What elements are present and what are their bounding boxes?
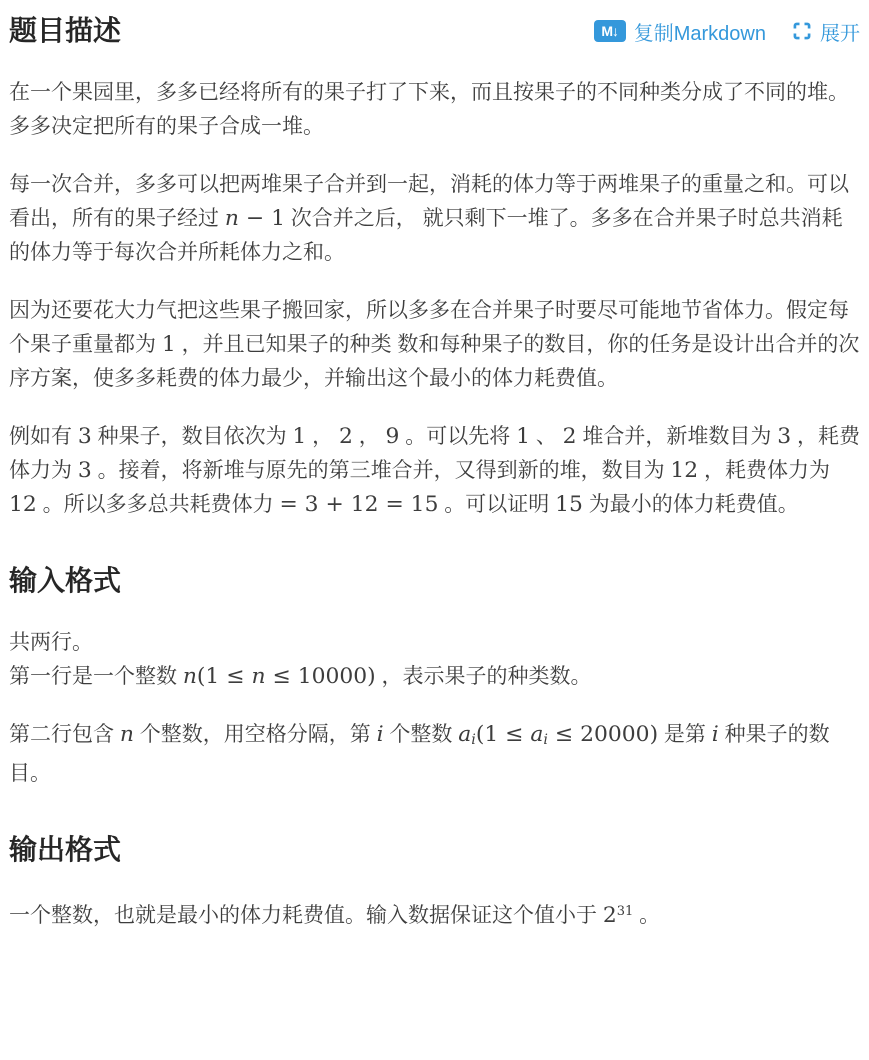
math-run: − 1 bbox=[239, 206, 285, 231]
text-run: 为最小的体力耗费值。 bbox=[583, 493, 799, 516]
math-run: 3 bbox=[78, 458, 92, 483]
paragraph: 在一个果园里，多多已经将所有的果子打了下来，而且按果子的不同种类分成了不同的堆。… bbox=[9, 76, 860, 144]
text-run: 一个整数，也就是最小的体力耗费值。输入数据保证这个值小于 bbox=[9, 904, 603, 927]
math-run: (1 ≤ bbox=[476, 722, 531, 747]
expand-button[interactable]: 展开 bbox=[792, 17, 860, 46]
math-run: i bbox=[377, 722, 384, 747]
math-run: 2 bbox=[339, 424, 353, 449]
paragraph: 每一次合并，多多可以把两堆果子合并到一起，消耗的体力等于两堆果子的重量之和。可以… bbox=[9, 168, 860, 270]
text-run: 个整数，用空格分隔，第 bbox=[134, 723, 377, 746]
text-run: 、 bbox=[530, 425, 563, 448]
description-body: 在一个果园里，多多已经将所有的果子打了下来，而且按果子的不同种类分成了不同的堆。… bbox=[9, 76, 860, 522]
math-run: ≤ 10000) bbox=[266, 664, 376, 689]
expand-icon bbox=[792, 21, 812, 41]
text-run: 。所以多多总共耗费体力 bbox=[37, 493, 280, 516]
math-run: 12 bbox=[670, 458, 698, 483]
text-run: 。 bbox=[633, 904, 660, 927]
text-run: 。可以证明 bbox=[438, 493, 555, 516]
math-run: a bbox=[530, 722, 543, 747]
output-format-body: 一个整数，也就是最小的体力耗费值。输入数据保证这个值小于 231 。 bbox=[9, 895, 860, 933]
math-run: = 3 + 12 = 15 bbox=[279, 492, 438, 517]
math-run: 1 bbox=[292, 424, 306, 449]
paragraph: 因为还要花大力气把这些果子搬回家，所以多多在合并果子时要尽可能地节省体力。假定每… bbox=[9, 294, 860, 396]
text-run: 。可以先将 bbox=[399, 425, 516, 448]
math-run: 1 bbox=[162, 332, 176, 357]
text-run: ， bbox=[306, 425, 339, 448]
math-run: 15 bbox=[555, 492, 583, 517]
section-title-description: 题目描述 bbox=[9, 12, 121, 50]
markdown-icon: M↓ bbox=[594, 20, 626, 42]
math-run: 3 bbox=[777, 424, 791, 449]
text-run: 。接着，将新堆与原先的第三堆合并，又得到新的堆，数目为 bbox=[92, 459, 671, 482]
math-run: n bbox=[120, 722, 134, 747]
math-run: ≤ 20000) bbox=[548, 722, 658, 747]
math-run: 2 bbox=[603, 903, 617, 928]
description-header: 题目描述 M↓ 复制Markdown 展开 bbox=[9, 12, 860, 50]
math-run: 9 bbox=[386, 424, 400, 449]
math-run: a bbox=[458, 722, 471, 747]
text-run: 堆合并，新堆数目为 bbox=[577, 425, 778, 448]
text-run: ， bbox=[353, 425, 386, 448]
math-run: 1 bbox=[516, 424, 530, 449]
text-run: 是第 bbox=[658, 723, 712, 746]
text-run: 种果子，数目依次为 bbox=[92, 425, 293, 448]
expand-label: 展开 bbox=[820, 17, 860, 46]
text-run: 例如有 bbox=[9, 425, 78, 448]
copy-markdown-button[interactable]: M↓ 复制Markdown bbox=[594, 17, 766, 46]
text-run: ，耗费体力为 bbox=[698, 459, 830, 482]
paragraph: 例如有 3 种果子，数目依次为 1 ， 2 ， 9 。可以先将 1 、 2 堆合… bbox=[9, 420, 860, 522]
math-run: 12 bbox=[9, 492, 37, 517]
text-run: ，表示果子的种类数。 bbox=[376, 665, 592, 688]
math-run: 3 bbox=[78, 424, 92, 449]
text-run: 第二行包含 bbox=[9, 723, 120, 746]
text-run: 在一个果园里，多多已经将所有的果子打了下来，而且按果子的不同种类分成了不同的堆。… bbox=[9, 81, 849, 138]
math-run: n bbox=[251, 664, 265, 689]
math-run: (1 ≤ bbox=[197, 664, 252, 689]
math-run: n bbox=[183, 664, 197, 689]
paragraph: 一个整数，也就是最小的体力耗费值。输入数据保证这个值小于 231 。 bbox=[9, 895, 860, 933]
section-title-input-format: 输入格式 bbox=[9, 562, 860, 600]
problem-page: 题目描述 M↓ 复制Markdown 展开 在一个果园里，多多已经将所有的果子打… bbox=[0, 0, 869, 951]
math-run: 2 bbox=[563, 424, 577, 449]
math-run: n bbox=[225, 206, 239, 231]
paragraph: 第二行包含 n 个整数，用空格分隔，第 i 个整数 ai(1 ≤ ai ≤ 20… bbox=[9, 718, 860, 791]
math-run: i bbox=[712, 722, 719, 747]
header-actions: M↓ 复制Markdown 展开 bbox=[594, 17, 860, 46]
math-run: 31 bbox=[617, 904, 634, 919]
text-run: 共两行。 bbox=[9, 631, 93, 654]
copy-markdown-label: 复制Markdown bbox=[634, 17, 766, 46]
text-run: 个整数 bbox=[384, 723, 459, 746]
paragraph: 共两行。第一行是一个整数 n(1 ≤ n ≤ 10000) ，表示果子的种类数。 bbox=[9, 626, 860, 694]
input-format-body: 共两行。第一行是一个整数 n(1 ≤ n ≤ 10000) ，表示果子的种类数。… bbox=[9, 626, 860, 791]
section-title-output-format: 输出格式 bbox=[9, 831, 860, 869]
text-run: 第一行是一个整数 bbox=[9, 665, 183, 688]
